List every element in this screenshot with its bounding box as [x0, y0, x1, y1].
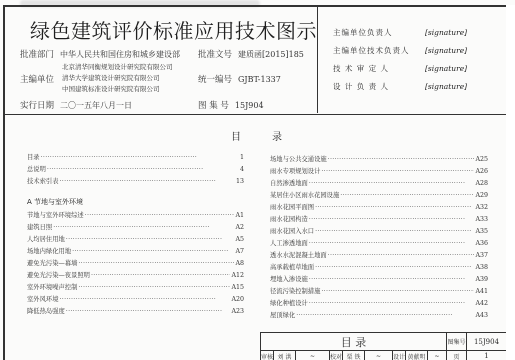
editor-1: 北京清华同衡规划设计研究院有限公司: [62, 62, 173, 71]
header-info: 绿色建筑评价标准应用技术图示 批准部门中华人民共和国住房和城乡建设部 批准文号建…: [3, 5, 318, 113]
toc-entry[interactable]: 节地与室外环境综述·······························…: [27, 210, 244, 219]
atlas-no-label: 图集号: [447, 333, 467, 350]
toc-entry[interactable]: 径流污染控制措施································…: [270, 286, 488, 295]
editor-label: 主编单位: [20, 73, 60, 85]
toc-entry[interactable]: 目录······································…: [27, 152, 244, 161]
toc-entry[interactable]: 雨水花园平面图·································…: [270, 202, 488, 211]
toc-entry[interactable]: 雨水专项规划设计································…: [270, 166, 488, 175]
toc-entry[interactable]: 室外风环境···································…: [27, 294, 244, 303]
toc-entry[interactable]: 埋地入渗设施··································…: [270, 274, 488, 283]
toc-entry[interactable]: 降低热岛强度··································…: [27, 306, 244, 315]
toc-title-left: 目: [231, 128, 241, 143]
toc-entry[interactable]: 雨水花园构造··································…: [270, 214, 488, 223]
toc-entry[interactable]: 建筑日照····································…: [27, 222, 244, 231]
toc-entry[interactable]: 总说明·····································…: [27, 164, 244, 173]
atlas-no: 图 集 号15J904: [198, 99, 264, 111]
designer: 黄献明: [406, 350, 428, 360]
toc-title-right: 录: [272, 128, 282, 143]
toc-entry[interactable]: 某居住小区雨水花园设施·····························…: [270, 190, 488, 199]
page-label: 页: [447, 350, 467, 360]
cover-header: 绿色建筑评价标准应用技术图示 批准部门中华人民共和国住房和城乡建设部 批准文号建…: [3, 5, 510, 115]
toc-entry[interactable]: 场地与公共交通设施·······························…: [270, 154, 488, 163]
toc-entry[interactable]: 室外环境噪声控制································…: [27, 282, 244, 291]
toc-entry[interactable]: 避免光污染—夜景照明······························…: [27, 270, 244, 279]
toc-entry[interactable]: 技术索引表···································…: [27, 176, 244, 185]
editor-2: 清华大学建筑设计研究院有限公司: [62, 73, 160, 82]
page-edge: [506, 5, 515, 360]
toc-entry[interactable]: 绿化种植设计··································…: [270, 298, 488, 307]
page-number: 1: [467, 350, 507, 360]
reviewer-signature: ~: [296, 350, 330, 360]
review-label: 审核: [261, 350, 274, 360]
signature-panel: 主编单位负责人[signature] 主编单位技术负责人[signature] …: [319, 5, 509, 113]
designer-signature: ~: [428, 350, 447, 360]
check-label: 校对: [330, 350, 343, 360]
toc-entry[interactable]: 避免光污染—幕墙································…: [27, 258, 244, 267]
signature-row: 主编单位负责人[signature]: [333, 27, 465, 38]
sheet-title: 目 录: [261, 333, 447, 350]
checker-signature: ~: [365, 350, 393, 360]
effective-date: 实行日期二〇一五年八月一日: [20, 99, 132, 111]
design-label: 设计: [393, 350, 406, 360]
toc-entry[interactable]: 高承载植草地面·································…: [270, 262, 488, 271]
unified-no: 统一编号GJBT-1337: [198, 73, 281, 85]
signature-row: 技 术 审 定 人[signature]: [333, 63, 465, 74]
approval-doc: 批准文号建质函[2015]185: [198, 48, 304, 60]
reviewer: 刘 洪: [274, 350, 296, 360]
toc-entry[interactable]: 雨水花园入水口·································…: [270, 226, 488, 235]
toc-entry[interactable]: 人均居住用地··································…: [27, 234, 244, 243]
toc-entry[interactable]: 场地内绿化用地·································…: [27, 246, 244, 255]
toc-entry[interactable]: 透水水泥混凝土地面·······························…: [270, 250, 488, 259]
editor-3: 中国建筑标准设计研究院有限公司: [62, 84, 160, 93]
title-block: 目 录 图集号 15J904 审核 刘 洪 ~ 校对 栗 铁 ~ 设计 黄献明 …: [260, 332, 506, 360]
checker: 栗 铁: [343, 350, 365, 360]
approval-dept: 批准部门中华人民共和国住房和城乡建设部: [20, 48, 180, 60]
toc-entry[interactable]: 人工渗透地面··································…: [270, 238, 488, 247]
atlas-no-value: 15J904: [467, 333, 507, 350]
toc-entry[interactable]: 自然渗透地面··································…: [270, 178, 488, 187]
document-title: 绿色建筑评价标准应用技术图示: [30, 15, 317, 44]
toc-entry[interactable]: 屋顶绿化····································…: [270, 310, 488, 319]
signature-row: 主编单位技术负责人[signature]: [333, 45, 465, 56]
signature-row: 设 计 负 责 人[signature]: [333, 81, 465, 92]
section-a-heading: A 节地与室外环境: [27, 197, 83, 207]
